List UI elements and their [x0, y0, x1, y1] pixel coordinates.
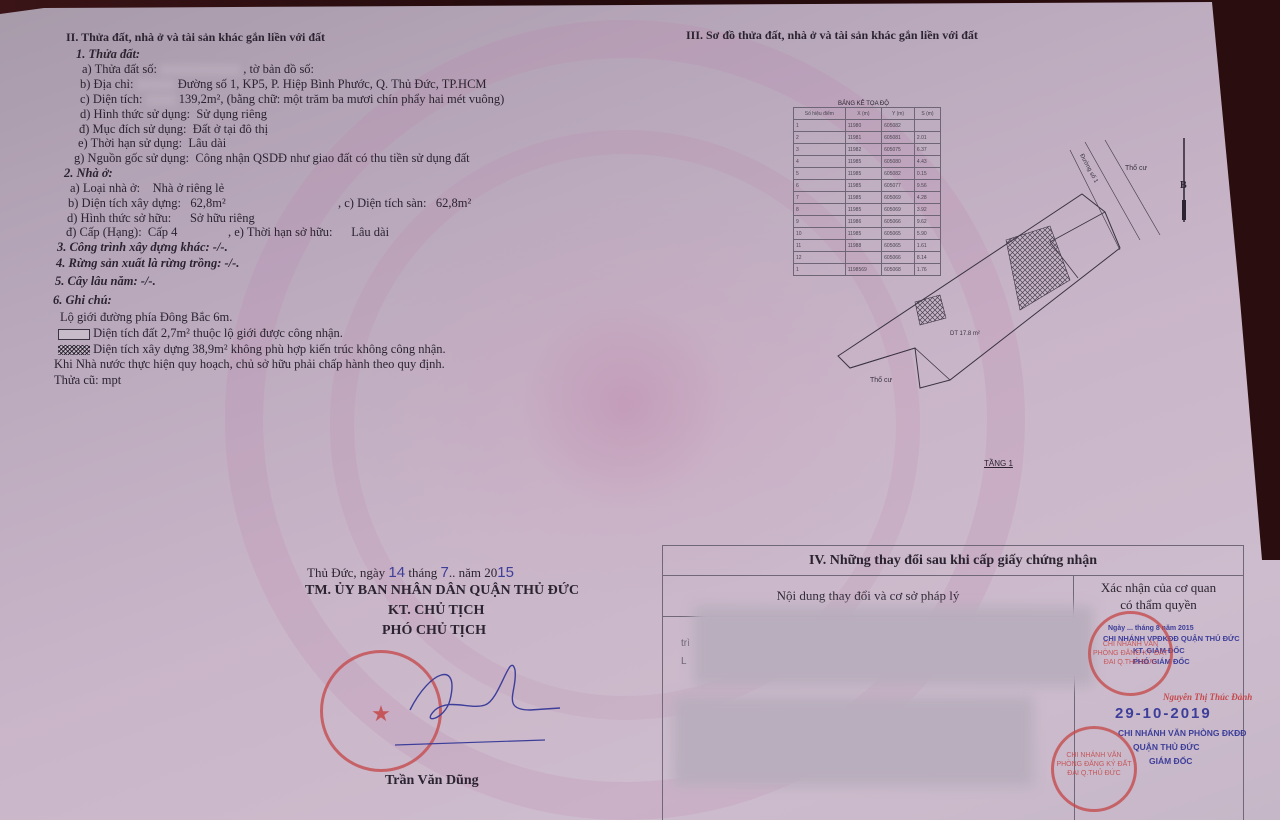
col-authority-confirm: Xác nhận của cơ quan có thẩm quyền	[1074, 576, 1243, 619]
grade-value: Cấp 4	[148, 225, 178, 239]
star-icon: ★	[371, 701, 391, 726]
confirm2-org2: QUẬN THỦ ĐỨC	[1133, 740, 1200, 755]
coord-header: S (m)	[914, 108, 940, 120]
neighbor-label-north: Thổ cư	[1125, 164, 1148, 172]
issue-year: 15	[497, 564, 514, 581]
signature-scribble	[390, 650, 560, 760]
issuing-org: TM. ỦY BAN NHÂN DÂN QUẬN THỦ ĐỨC	[305, 583, 579, 598]
col-authority-line2: có thẩm quyền	[1074, 596, 1243, 613]
house-type-value: Nhà ở riêng lẻ	[153, 181, 225, 195]
note-build-area-text: Diện tích xây dựng 38,9m² không phù hợp …	[93, 342, 446, 356]
changes-table: IV. Những thay đổi sau khi cấp giấy chứn…	[662, 545, 1244, 820]
watermark-center	[520, 300, 730, 510]
land-use-purpose: đ) Mục đích sử dụng: Đất ở tại đô thị	[79, 122, 268, 137]
confirm1-stamp-text: CHI NHÁNH VĂN PHÒNG ĐĂNG KÝ ĐẤT ĐAI Q.TH…	[1093, 641, 1168, 666]
signer-title-2: PHÓ CHỦ TỊCH	[382, 623, 486, 638]
address-value: Đường số 1, KP5, P. Hiệp Bình Phước, Q. …	[178, 77, 487, 91]
confirm1-stamp: CHI NHÁNH VĂN PHÒNG ĐĂNG KÝ ĐẤT ĐAI Q.TH…	[1088, 611, 1173, 696]
own-term-label: , e) Thời hạn sở hữu:	[228, 225, 332, 239]
coord-header: Số hiệu điểm	[794, 108, 846, 120]
confirm2-stamp: CHI NHÁNH VĂN PHÒNG ĐĂNG KÝ ĐẤT ĐAI Q.TH…	[1051, 726, 1137, 812]
coord-header: Y (m)	[882, 108, 915, 120]
signer-name: Trần Văn Dũng	[385, 773, 479, 788]
col-authority-line1: Xác nhận của cơ quan	[1074, 579, 1243, 596]
signer-title-1: KT. CHỦ TỊCH	[388, 603, 484, 618]
floor-label: TẦNG 1	[984, 456, 1013, 471]
origin-label: g) Nguồn gốc sử dụng:	[74, 151, 189, 165]
notes-heading: 6. Ghi chú:	[53, 293, 112, 308]
issue-month: 7	[441, 564, 449, 581]
certificate-page: II. Thửa đất, nhà ở và tài sản khác gắn …	[0, 0, 1280, 820]
date-prefix: Thủ Đức, ngày	[307, 565, 385, 580]
floor-area-label: , c) Diện tích sàn:	[338, 196, 427, 210]
redacted-change-2	[673, 696, 1033, 786]
build-area-value: 62,8m²	[190, 196, 225, 210]
note-road-boundary: Lộ giới đường phía Đông Bắc 6m.	[60, 310, 232, 325]
land-parcel-label: a) Thửa đất số:	[82, 62, 157, 76]
land-parcel-number: a) Thửa đất số: , tờ bản đồ số:	[82, 62, 314, 77]
land-address: b) Địa chỉ: Đường số 1, KP5, P. Hiệp Bìn…	[80, 77, 487, 92]
purpose-value: Đất ở tại đô thị	[193, 122, 268, 136]
area-label: c) Diện tích:	[80, 92, 142, 106]
term-value: Lâu dài	[188, 136, 226, 150]
term-label: e) Thời hạn sử dụng:	[78, 136, 182, 150]
note-land-area: Diện tích đất 2,7m² thuộc lộ giới được c…	[58, 326, 343, 341]
confirm2-date: 29-10-2019	[1115, 706, 1212, 721]
production-forest: 4. Rừng sản xuất là rừng trồng: -/-.	[56, 256, 239, 271]
house-type-label: a) Loại nhà ở:	[70, 181, 140, 195]
land-use-form: d) Hình thức sử dụng: Sử dụng riêng	[80, 107, 267, 122]
section-4-title: IV. Những thay đổi sau khi cấp giấy chứn…	[663, 546, 1243, 576]
confirm1-signer: Nguyễn Thị Thúc Đảnh	[1163, 690, 1252, 705]
area-value: 139,2m², (bằng chữ: một trăm ba mươi chí…	[179, 92, 505, 106]
house-type: a) Loại nhà ở: Nhà ở riêng lẻ	[70, 181, 224, 196]
issue-day: 14	[388, 564, 405, 581]
ownership-value: Sở hữu riêng	[190, 211, 255, 225]
floor-area-value: 62,8m²	[436, 196, 471, 210]
purpose-label: đ) Mục đích sử dụng:	[79, 122, 186, 136]
confirm2-title: GIÁM ĐỐC	[1149, 754, 1192, 769]
north-label: B	[1180, 180, 1187, 191]
own-term-value: Lâu dài	[351, 225, 389, 239]
origin-value: Công nhận QSDĐ như giao đất có thu tiền …	[195, 151, 469, 165]
note-old-parcel: Thửa cũ: mpt	[54, 373, 121, 388]
house-ownership: d) Hình thức sở hữu: Sở hữu riêng	[67, 211, 255, 226]
other-constructions: 3. Công trình xây dựng khác: -/-.	[57, 240, 228, 255]
parcel-area-label: DT 17.8 m²	[950, 331, 980, 337]
year-label: năm 20	[459, 565, 498, 580]
section-3-title: III. Sơ đồ thửa đất, nhà ở và tài sản kh…	[686, 28, 978, 43]
redacted-address	[137, 79, 175, 91]
note-planning: Khi Nhà nước thực hiện quy hoạch, chủ sở…	[54, 357, 445, 372]
legend-empty-box-icon	[58, 329, 90, 340]
use-form-value: Sử dụng riêng	[196, 107, 267, 121]
grade-label: đ) Cấp (Hạng):	[66, 225, 142, 239]
house-build-area: b) Diện tích xây dựng: 62,8m²	[68, 196, 226, 211]
house-floor-area: , c) Diện tích sàn: 62,8m²	[338, 196, 471, 211]
land-origin: g) Nguồn gốc sử dụng: Công nhận QSDĐ như…	[74, 151, 470, 166]
house-ownership-term: , e) Thời hạn sở hữu: Lâu dài	[228, 225, 389, 240]
month-label: tháng	[408, 565, 437, 580]
issue-date: Thủ Đức, ngày 14 tháng 7.. năm 2015	[307, 565, 514, 580]
perennial-trees: 5. Cây lâu năm: -/-.	[55, 274, 156, 289]
parcel-diagram: DT 17.8 m² Thổ cư Thổ cư Đường số 1 B	[820, 130, 1220, 400]
use-form-label: d) Hình thức sử dụng:	[80, 107, 190, 121]
land-heading: 1. Thửa đất:	[76, 47, 140, 62]
redacted-parcel	[160, 64, 240, 76]
house-grade: đ) Cấp (Hạng): Cấp 4	[66, 225, 177, 240]
ownership-label: d) Hình thức sở hữu:	[67, 211, 171, 225]
confirm2-stamp-text: CHI NHÁNH VĂN PHÒNG ĐĂNG KÝ ĐẤT ĐAI Q.TH…	[1056, 752, 1131, 777]
road-label: Đường số 1	[1078, 153, 1099, 185]
note-build-area: Diện tích xây dựng 38,9m² không phù hợp …	[58, 342, 446, 357]
neighbor-label-south: Thổ cư	[870, 376, 893, 384]
redacted-change-1	[693, 606, 1093, 686]
address-label: b) Địa chỉ:	[80, 77, 133, 91]
build-area-label: b) Diện tích xây dựng:	[68, 196, 181, 210]
legend-hatched-box-icon	[58, 345, 90, 355]
coord-header: X (m)	[845, 108, 881, 120]
redacted-area	[146, 94, 176, 106]
change-row-text-1: trì	[681, 636, 690, 651]
land-area: c) Diện tích: 139,2m², (bằng chữ: một tr…	[80, 92, 504, 107]
section-2-title: II. Thửa đất, nhà ở và tài sản khác gắn …	[66, 30, 325, 45]
change-row-text-2: L	[681, 654, 687, 669]
house-heading: 2. Nhà ở:	[64, 166, 113, 181]
note-land-area-text: Diện tích đất 2,7m² thuộc lộ giới được c…	[93, 326, 343, 340]
land-use-term: e) Thời hạn sử dụng: Lâu dài	[78, 136, 226, 151]
confirm2-org1: CHI NHÁNH VĂN PHÒNG ĐKĐĐ	[1118, 726, 1246, 741]
map-sheet-label: , tờ bản đồ số:	[243, 62, 314, 76]
